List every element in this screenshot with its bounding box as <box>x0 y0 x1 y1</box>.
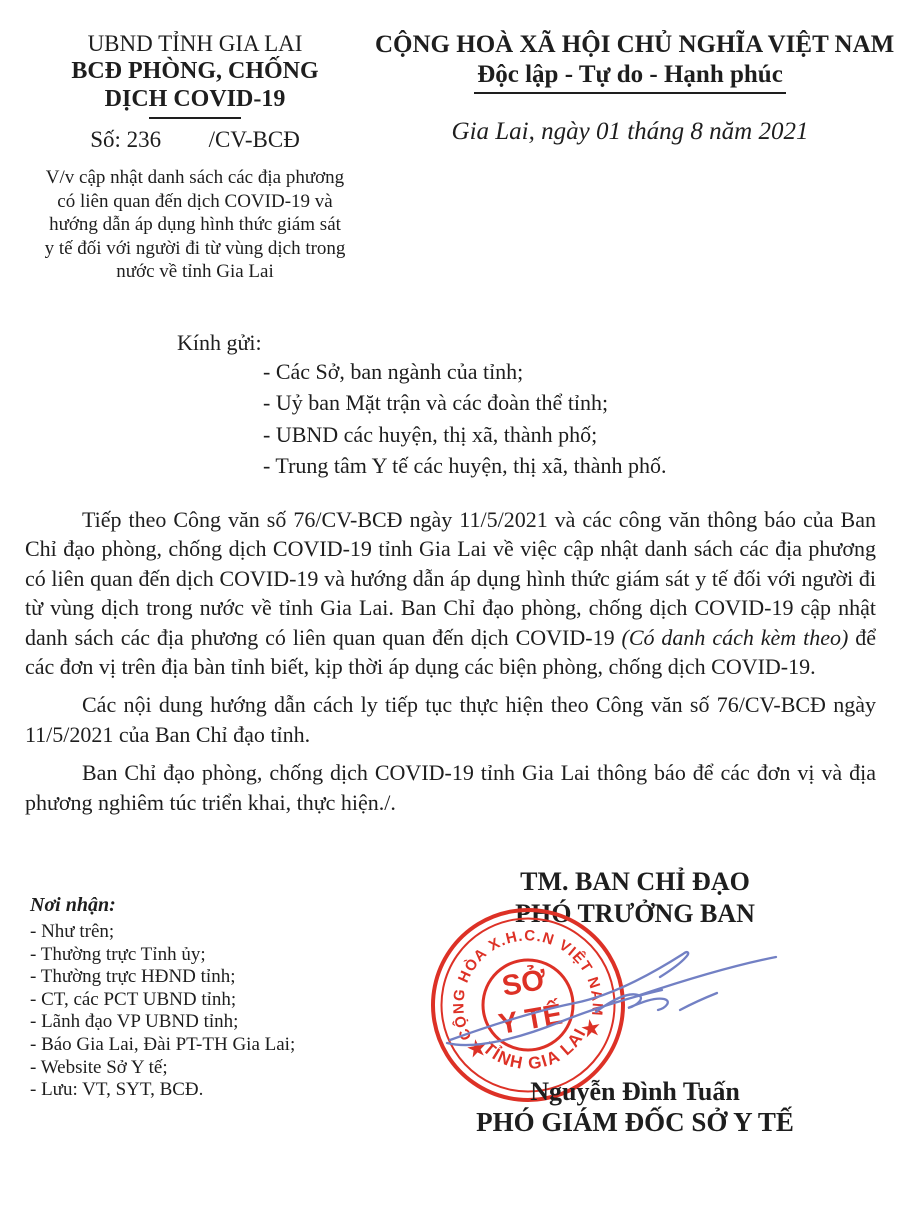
distribution-list: - Như trên; - Thường trực Tỉnh ủy; - Thư… <box>30 921 295 1102</box>
issuing-org-line2: DỊCH COVID-19 <box>22 85 368 113</box>
place-date-line: Gia Lai, ngày 01 tháng 8 năm 2021 <box>375 117 885 146</box>
subject-line: có liên quan đến dịch COVID-19 và <box>22 190 368 214</box>
doc-number-value: 236 <box>127 127 162 152</box>
signer-name: Nguyễn Đình Tuấn <box>430 1076 840 1107</box>
document-number: Số: 236 /CV-BCĐ <box>22 126 368 153</box>
recipient-item: - Trung tâm Y tế các huyện, thị xã, thàn… <box>263 450 666 481</box>
document-page: UBND TỈNH GIA LAI BCĐ PHÒNG, CHỐNG DỊCH … <box>0 0 900 1222</box>
letterhead-right: CỘNG HOÀ XÃ HỘI CHỦ NGHĨA VIỆT NAM Độc l… <box>375 30 885 146</box>
org-separator-rule <box>149 117 241 119</box>
subject-line: hướng dẫn áp dụng hình thức giám sát <box>22 213 368 237</box>
on-behalf-line: TM. BAN CHỈ ĐẠO <box>430 866 840 898</box>
signer-title: PHÓ GIÁM ĐỐC SỞ Y TẾ <box>430 1107 840 1138</box>
recipient-list: - Các Sở, ban ngành của tỉnh; - Uỷ ban M… <box>263 356 666 481</box>
paragraph-3: Ban Chỉ đạo phòng, chống dịch COVID-19 t… <box>25 758 876 817</box>
recipient-item: - Uỷ ban Mặt trận và các đoàn thể tỉnh; <box>263 387 666 418</box>
paragraph-1-attachment-note: (Có danh cách kèm theo) <box>622 625 849 650</box>
document-body: Tiếp theo Công văn số 76/CV-BCĐ ngày 11/… <box>25 505 876 826</box>
distribution-label: Nơi nhận: <box>30 894 295 916</box>
subject-line: V/v cập nhật danh sách các địa phương <box>22 166 368 190</box>
signer-block: Nguyễn Đình Tuấn PHÓ GIÁM ĐỐC SỞ Y TẾ <box>430 1076 840 1138</box>
distribution-block: Nơi nhận: - Như trên; - Thường trực Tỉnh… <box>30 894 295 1102</box>
distribution-item: - Như trên; <box>30 921 295 944</box>
distribution-item: - Thường trực Tỉnh ủy; <box>30 944 295 967</box>
distribution-item: - Thường trực HĐND tỉnh; <box>30 966 295 989</box>
distribution-item: - Website Sở Y tế; <box>30 1057 295 1080</box>
paragraph-1: Tiếp theo Công văn số 76/CV-BCĐ ngày 11/… <box>25 505 876 681</box>
national-title: CỘNG HOÀ XÃ HỘI CHỦ NGHĨA VIỆT NAM <box>375 30 885 59</box>
subject-line: nước về tỉnh Gia Lai <box>22 260 368 284</box>
doc-number-label: Số: <box>90 127 121 152</box>
subject-line: y tế đối với người đi từ vùng dịch trong <box>22 237 368 261</box>
distribution-item: - Lãnh đạo VP UBND tỉnh; <box>30 1011 295 1034</box>
letterhead-left: UBND TỈNH GIA LAI BCĐ PHÒNG, CHỐNG DỊCH … <box>22 30 368 284</box>
recipient-item: - Các Sở, ban ngành của tỉnh; <box>263 356 666 387</box>
doc-number-symbol: /CV-BCĐ <box>209 127 300 152</box>
document-subject: V/v cập nhật danh sách các địa phương có… <box>22 166 368 284</box>
distribution-item: - Lưu: VT, SYT, BCĐ. <box>30 1079 295 1102</box>
paragraph-2: Các nội dung hướng dẫn cách ly tiếp tục … <box>25 690 876 749</box>
greeting-label: Kính gửi: <box>177 330 262 356</box>
distribution-item: - CT, các PCT UBND tỉnh; <box>30 989 295 1012</box>
recipient-item: - UBND các huyện, thị xã, thành phố; <box>263 419 666 450</box>
distribution-item: - Báo Gia Lai, Đài PT-TH Gia Lai; <box>30 1034 295 1057</box>
issuing-parent-org: UBND TỈNH GIA LAI <box>22 30 368 57</box>
national-motto: Độc lập - Tự do - Hạnh phúc <box>474 60 786 94</box>
issuing-org-line1: BCĐ PHÒNG, CHỐNG <box>22 57 368 85</box>
